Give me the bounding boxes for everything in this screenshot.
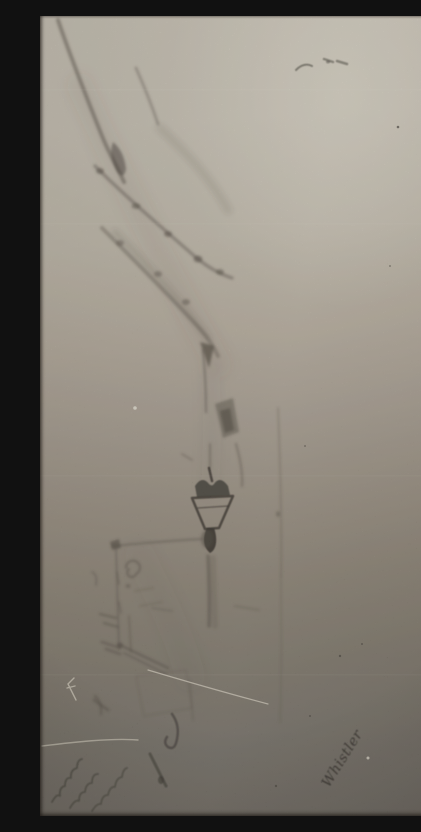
photograph: Whistler [40,16,421,816]
sketch-layer: Whistler [40,16,421,816]
grain-overlay [40,16,421,816]
